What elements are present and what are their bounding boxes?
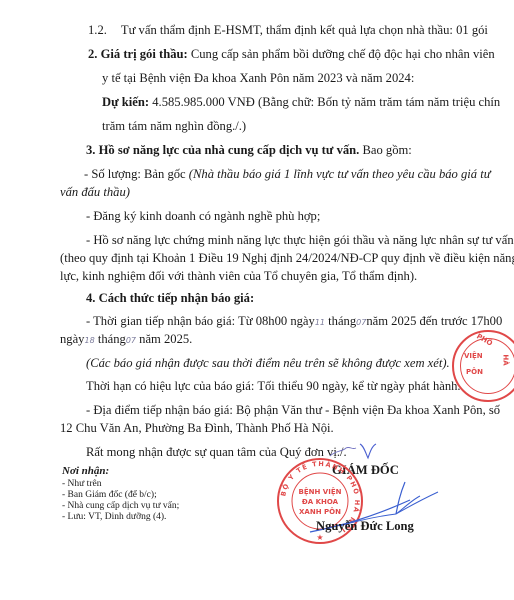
partial-stamp: PHỐ VIỆN PÔN HÀ bbox=[452, 330, 514, 402]
time-text: tháng bbox=[95, 332, 126, 346]
validity-line: Thời hạn có hiệu lực của báo giá: Tối th… bbox=[86, 378, 461, 394]
stamp-text: PÔN bbox=[466, 368, 483, 376]
handwritten-month-end: 07 bbox=[126, 336, 136, 345]
quantity-note-cont: vấn đấu thầu) bbox=[60, 184, 130, 200]
recipient-item: - Lưu: VT, Dinh dưỡng (4). bbox=[62, 512, 166, 523]
section-4-heading: 4. Cách thức tiếp nhận báo giá: bbox=[86, 290, 254, 306]
late-note: (Các báo giá nhận được sau thời điểm nêu… bbox=[86, 355, 450, 371]
time-text: năm 2025. bbox=[136, 332, 192, 346]
handwritten-month-start: 07 bbox=[356, 318, 366, 327]
estimate-line-1: Dự kiến: 4.585.985.000 VNĐ (Bằng chữ: Bố… bbox=[102, 94, 500, 110]
handwritten-day-end: 18 bbox=[84, 336, 94, 345]
location-line-1: - Địa điểm tiếp nhận báo giá: Bộ phận Vă… bbox=[86, 402, 500, 418]
section-2-text: Cung cấp sản phẩm bồi dưỡng chế độ độc h… bbox=[188, 47, 495, 61]
stamp-text: VIỆN bbox=[464, 352, 483, 360]
receive-time-line-2: ngày18 tháng07 năm 2025. bbox=[60, 331, 192, 349]
section-3-heading-line: 3. Hồ sơ năng lực của nhà cung cấp dịch … bbox=[86, 142, 412, 158]
section-3-heading: 3. Hồ sơ năng lực của nhà cung cấp dịch … bbox=[86, 143, 359, 157]
time-text: - Thời gian tiếp nhận báo giá: Từ 08h00 … bbox=[86, 314, 315, 328]
time-text: tháng bbox=[325, 314, 356, 328]
recipients-title: Nơi nhận: bbox=[62, 466, 109, 477]
capacity-line-3: lực, kinh nghiệm đối với thành viên của … bbox=[60, 268, 417, 284]
recipient-item: - Ban Giám đốc (để b/c); bbox=[62, 490, 157, 501]
quantity-label: - Số lượng: Bản gốc bbox=[84, 167, 189, 181]
document-page: 1.2.Tư vấn thẩm định E-HSMT, thẩm định k… bbox=[0, 0, 514, 600]
capacity-line-1: - Hồ sơ năng lực chứng minh năng lực thự… bbox=[86, 232, 514, 248]
quantity-line: - Số lượng: Bản gốc (Nhà thầu báo giá 1 … bbox=[84, 166, 491, 182]
time-text: ngày bbox=[60, 332, 84, 346]
estimate-line-2: trăm tám năm nghìn đồng./.) bbox=[102, 118, 246, 134]
recipient-item: - Như trên bbox=[62, 479, 101, 490]
estimate-value: 4.585.985.000 VNĐ (Bằng chữ: Bốn tỷ năm … bbox=[149, 95, 500, 109]
section-3-heading-tail: Bao gồm: bbox=[359, 143, 411, 157]
time-text: năm 2025 đến trước 17h00 bbox=[366, 314, 502, 328]
stamp-text: HÀ bbox=[502, 354, 510, 365]
estimate-label: Dự kiến: bbox=[102, 95, 149, 109]
item-1-2: 1.2.Tư vấn thẩm định E-HSMT, thẩm định k… bbox=[88, 22, 488, 38]
section-2-heading: 2. Giá trị gói thầu: bbox=[88, 47, 188, 61]
section-2-line-1: 2. Giá trị gói thầu: Cung cấp sản phẩm b… bbox=[88, 46, 495, 62]
stamp-text: PHỐ bbox=[475, 332, 494, 347]
item-number: 1.2. bbox=[88, 23, 107, 37]
location-line-2: 12 Chu Văn An, Phường Ba Đình, Thành Phố… bbox=[60, 420, 334, 436]
recipient-item: - Nhà cung cấp dịch vụ tư vấn; bbox=[62, 501, 179, 512]
capacity-line-2: (theo quy định tại Khoản 1 Điều 19 Nghị … bbox=[60, 250, 514, 266]
signer-name: Nguyễn Đức Long bbox=[316, 518, 414, 534]
receive-time-line-1: - Thời gian tiếp nhận báo giá: Từ 08h00 … bbox=[86, 313, 502, 331]
quantity-note: (Nhà thầu báo giá 1 lĩnh vực tư vấn theo… bbox=[189, 167, 491, 181]
section-2-line-2: y tế tại Bệnh viện Đa khoa Xanh Pôn năm … bbox=[102, 70, 414, 86]
item-text: Tư vấn thẩm định E-HSMT, thẩm định kết q… bbox=[121, 23, 488, 37]
handwritten-day-start: 11 bbox=[315, 318, 325, 327]
business-registration: - Đăng ký kinh doanh có ngành nghề phù h… bbox=[86, 208, 320, 224]
